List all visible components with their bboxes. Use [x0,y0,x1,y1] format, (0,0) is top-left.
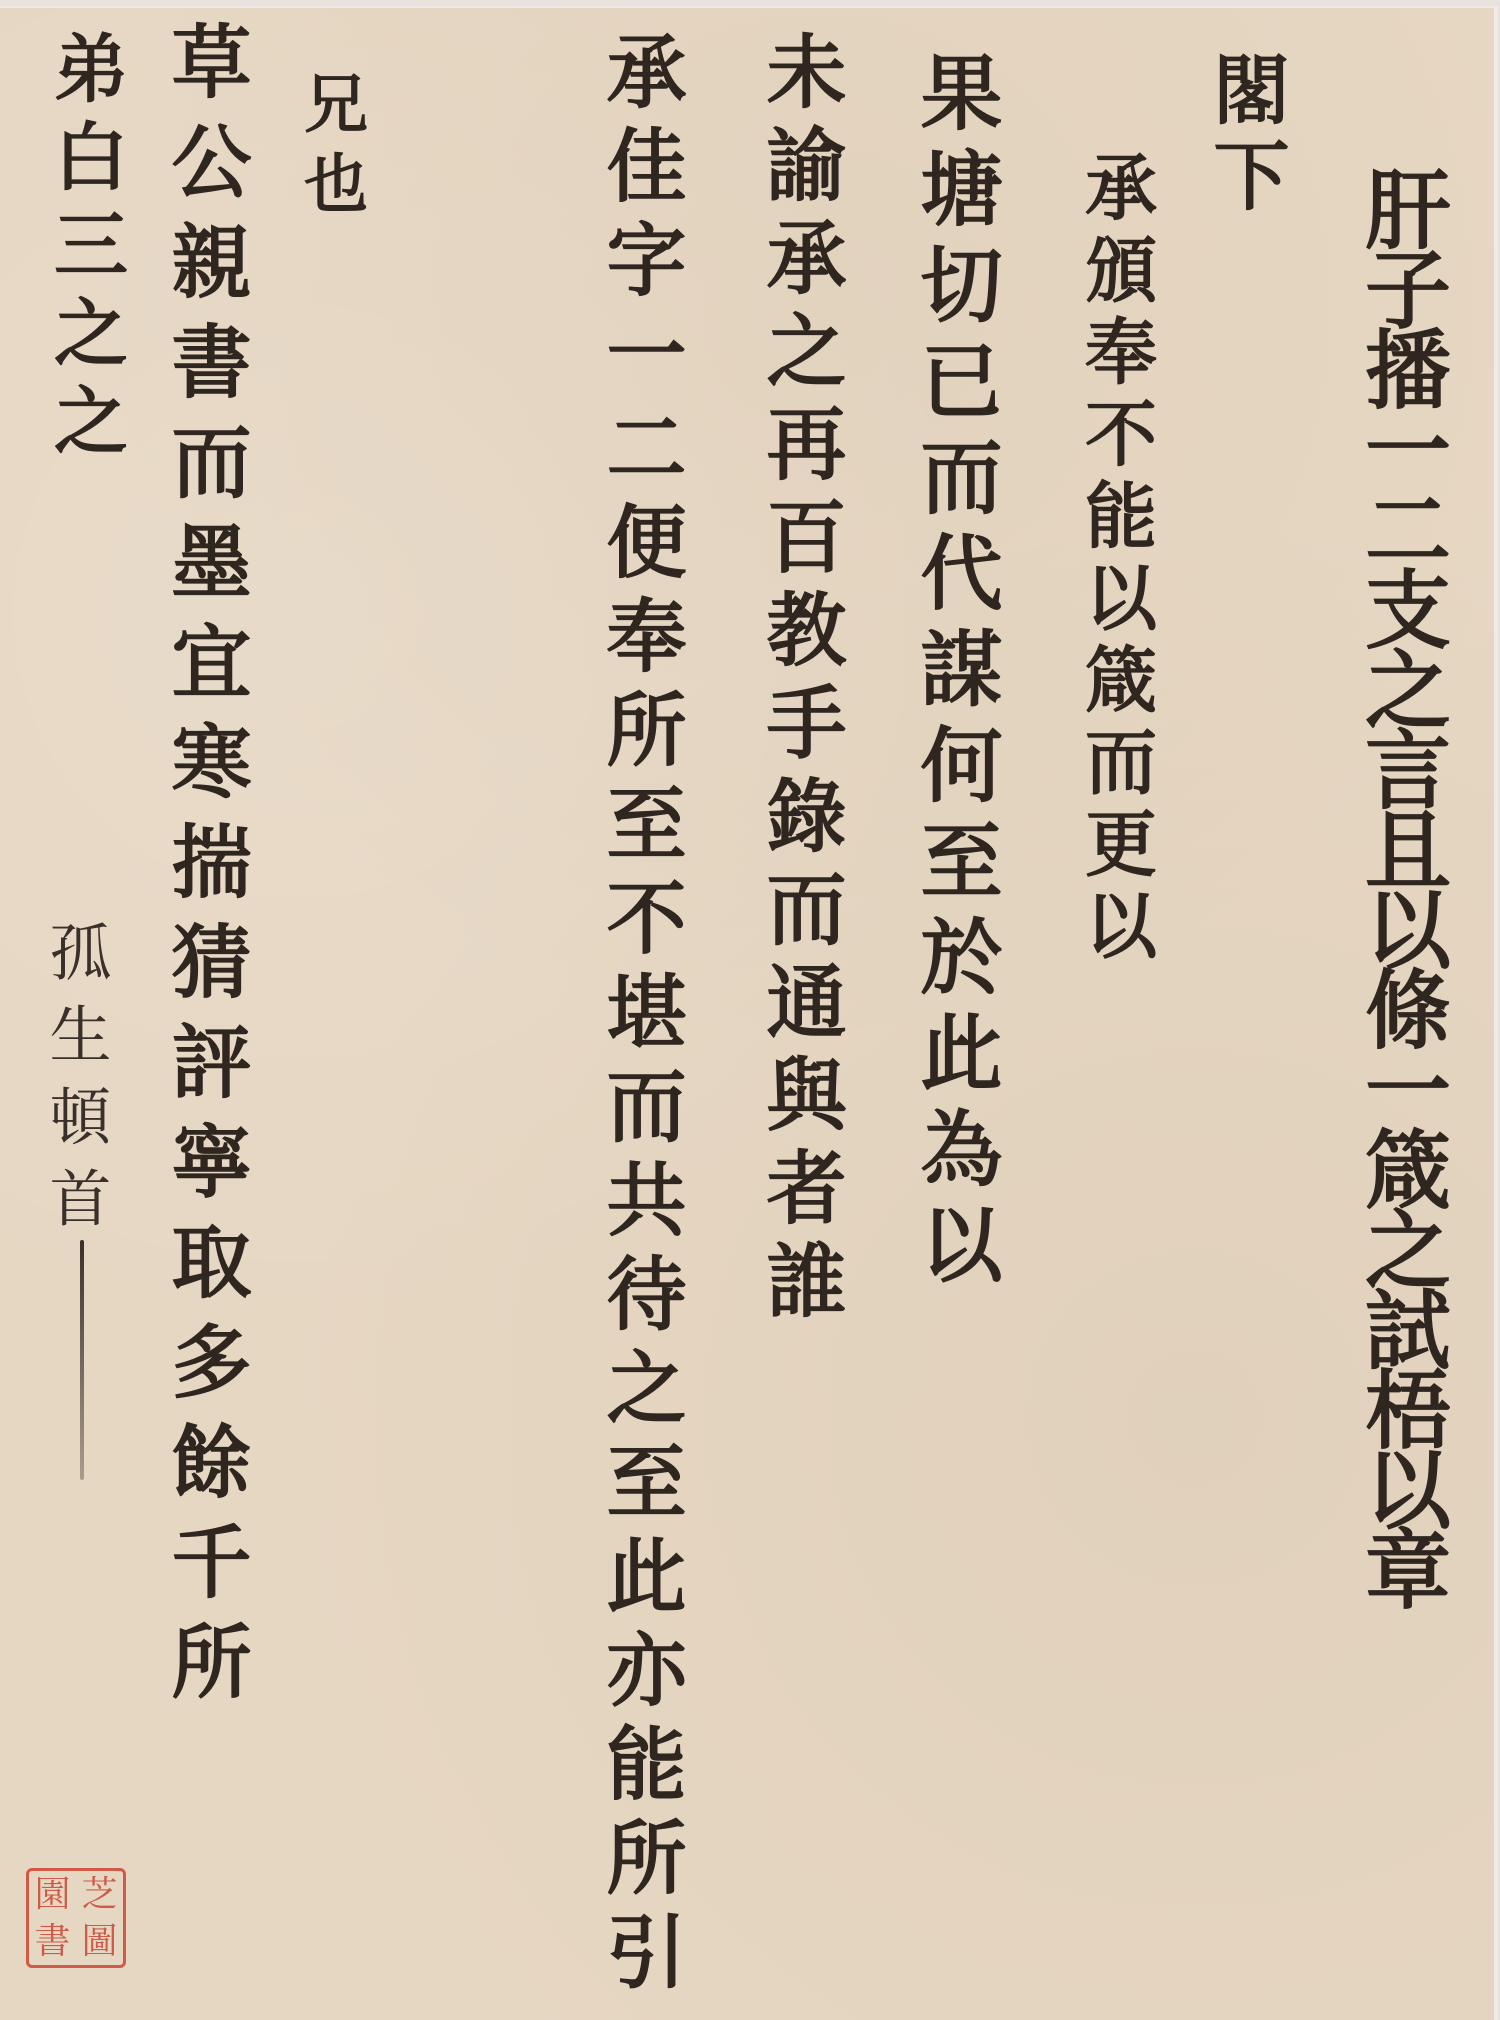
calligraphy-column-6: 承佳字一二便奉所至不堪而共待之至此亦能所引 [585,30,695,2004]
seal-char: 圖 [76,1918,123,1965]
seal-char: 園 [29,1871,76,1918]
seal-char: 書 [29,1918,76,1965]
signature-flourish [80,1240,84,1480]
calligraphy-column-7: 兄也 [285,70,375,230]
signature: 孤生頓首 [30,920,120,1248]
calligraphy-column-2: 閣下 [1195,50,1295,222]
calligraphy-column-9: 弟白三之之 [35,30,135,470]
calligraphy-column-3: 承頒奉不能以箴而更以 [1065,150,1165,970]
calligraphy-column-4: 果塘切已而代謀何至於此為以 [900,50,1010,1298]
red-seal-stamp: 園 芝 書 圖 [26,1868,126,1968]
calligraphy-column-5: 未諭承之再百教手錄而通與者誰 [745,30,855,1332]
seal-char: 芝 [76,1871,123,1918]
calligraphy-column-1: 肝子播一二支之言且以條一箴之試梧以章 [1345,165,1455,1605]
calligraphy-column-8: 草公親書而墨宜寒揣猜評寧取多餘千所 [150,20,260,1720]
